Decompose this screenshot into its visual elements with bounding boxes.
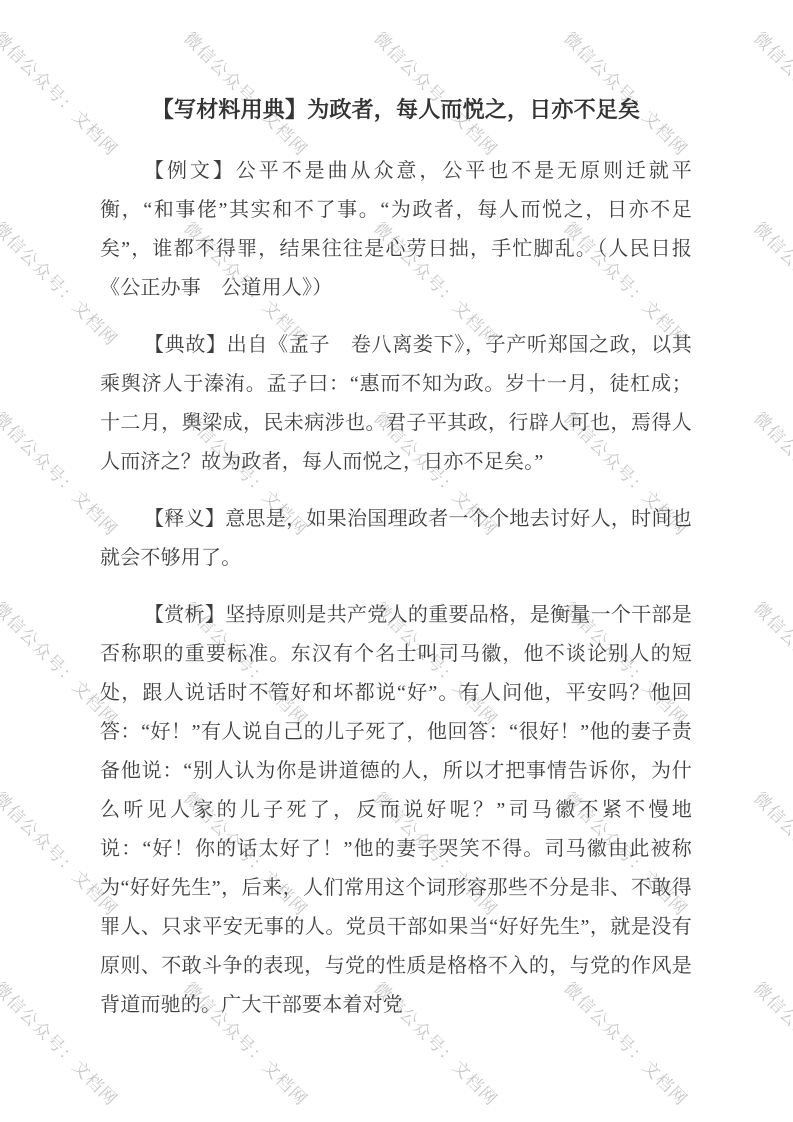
paragraph-label: 【释义】: [144, 508, 225, 530]
paragraph-label: 【典故】: [144, 334, 227, 356]
watermark-text: 微信公众号：文档网: [749, 785, 793, 920]
document-page: 【写材料用典】为政者，每人而悦之，日亦不足矣 【例文】公平不是曲从众意，公平也不…: [100, 0, 692, 1043]
paragraph-label: 【例文】: [144, 160, 236, 182]
watermark-text: 微信公众号：文档网: [749, 975, 793, 1110]
paragraph-shiyi: 【释义】意思是，如果治国理政者一个个地去讨好人，时间也就会不够用了。: [100, 500, 692, 578]
paragraph-diangu: 【典故】出自《孟子 卷八离娄下》，子产听郑国之政，以其乘舆济人于溱洧。孟子曰：“…: [100, 326, 692, 482]
watermark-text: 微信公众号：文档网: [749, 595, 793, 730]
paragraph-text: 坚持原则是共产党人的重要品格，是衡量一个干部是否称职的重要标准。东汉有个名士叫司…: [100, 604, 692, 1016]
watermark-text: 微信公众号：文档网: [749, 215, 793, 350]
paragraph-shangxi: 【赏析】坚持原则是共产党人的重要品格，是衡量一个干部是否称职的重要标准。东汉有个…: [100, 596, 692, 1025]
paragraph-label: 【赏析】: [144, 604, 225, 626]
watermark-text: 微信公众号：文档网: [749, 405, 793, 540]
document-title: 【写材料用典】为政者，每人而悦之，日亦不足矣: [100, 95, 692, 125]
watermark-text: 微信公众号：文档网: [749, 25, 793, 160]
paragraph-liwen: 【例文】公平不是曲从众意，公平也不是无原则迁就平衡，“和事佬”其实和不了事。“为…: [100, 152, 692, 308]
